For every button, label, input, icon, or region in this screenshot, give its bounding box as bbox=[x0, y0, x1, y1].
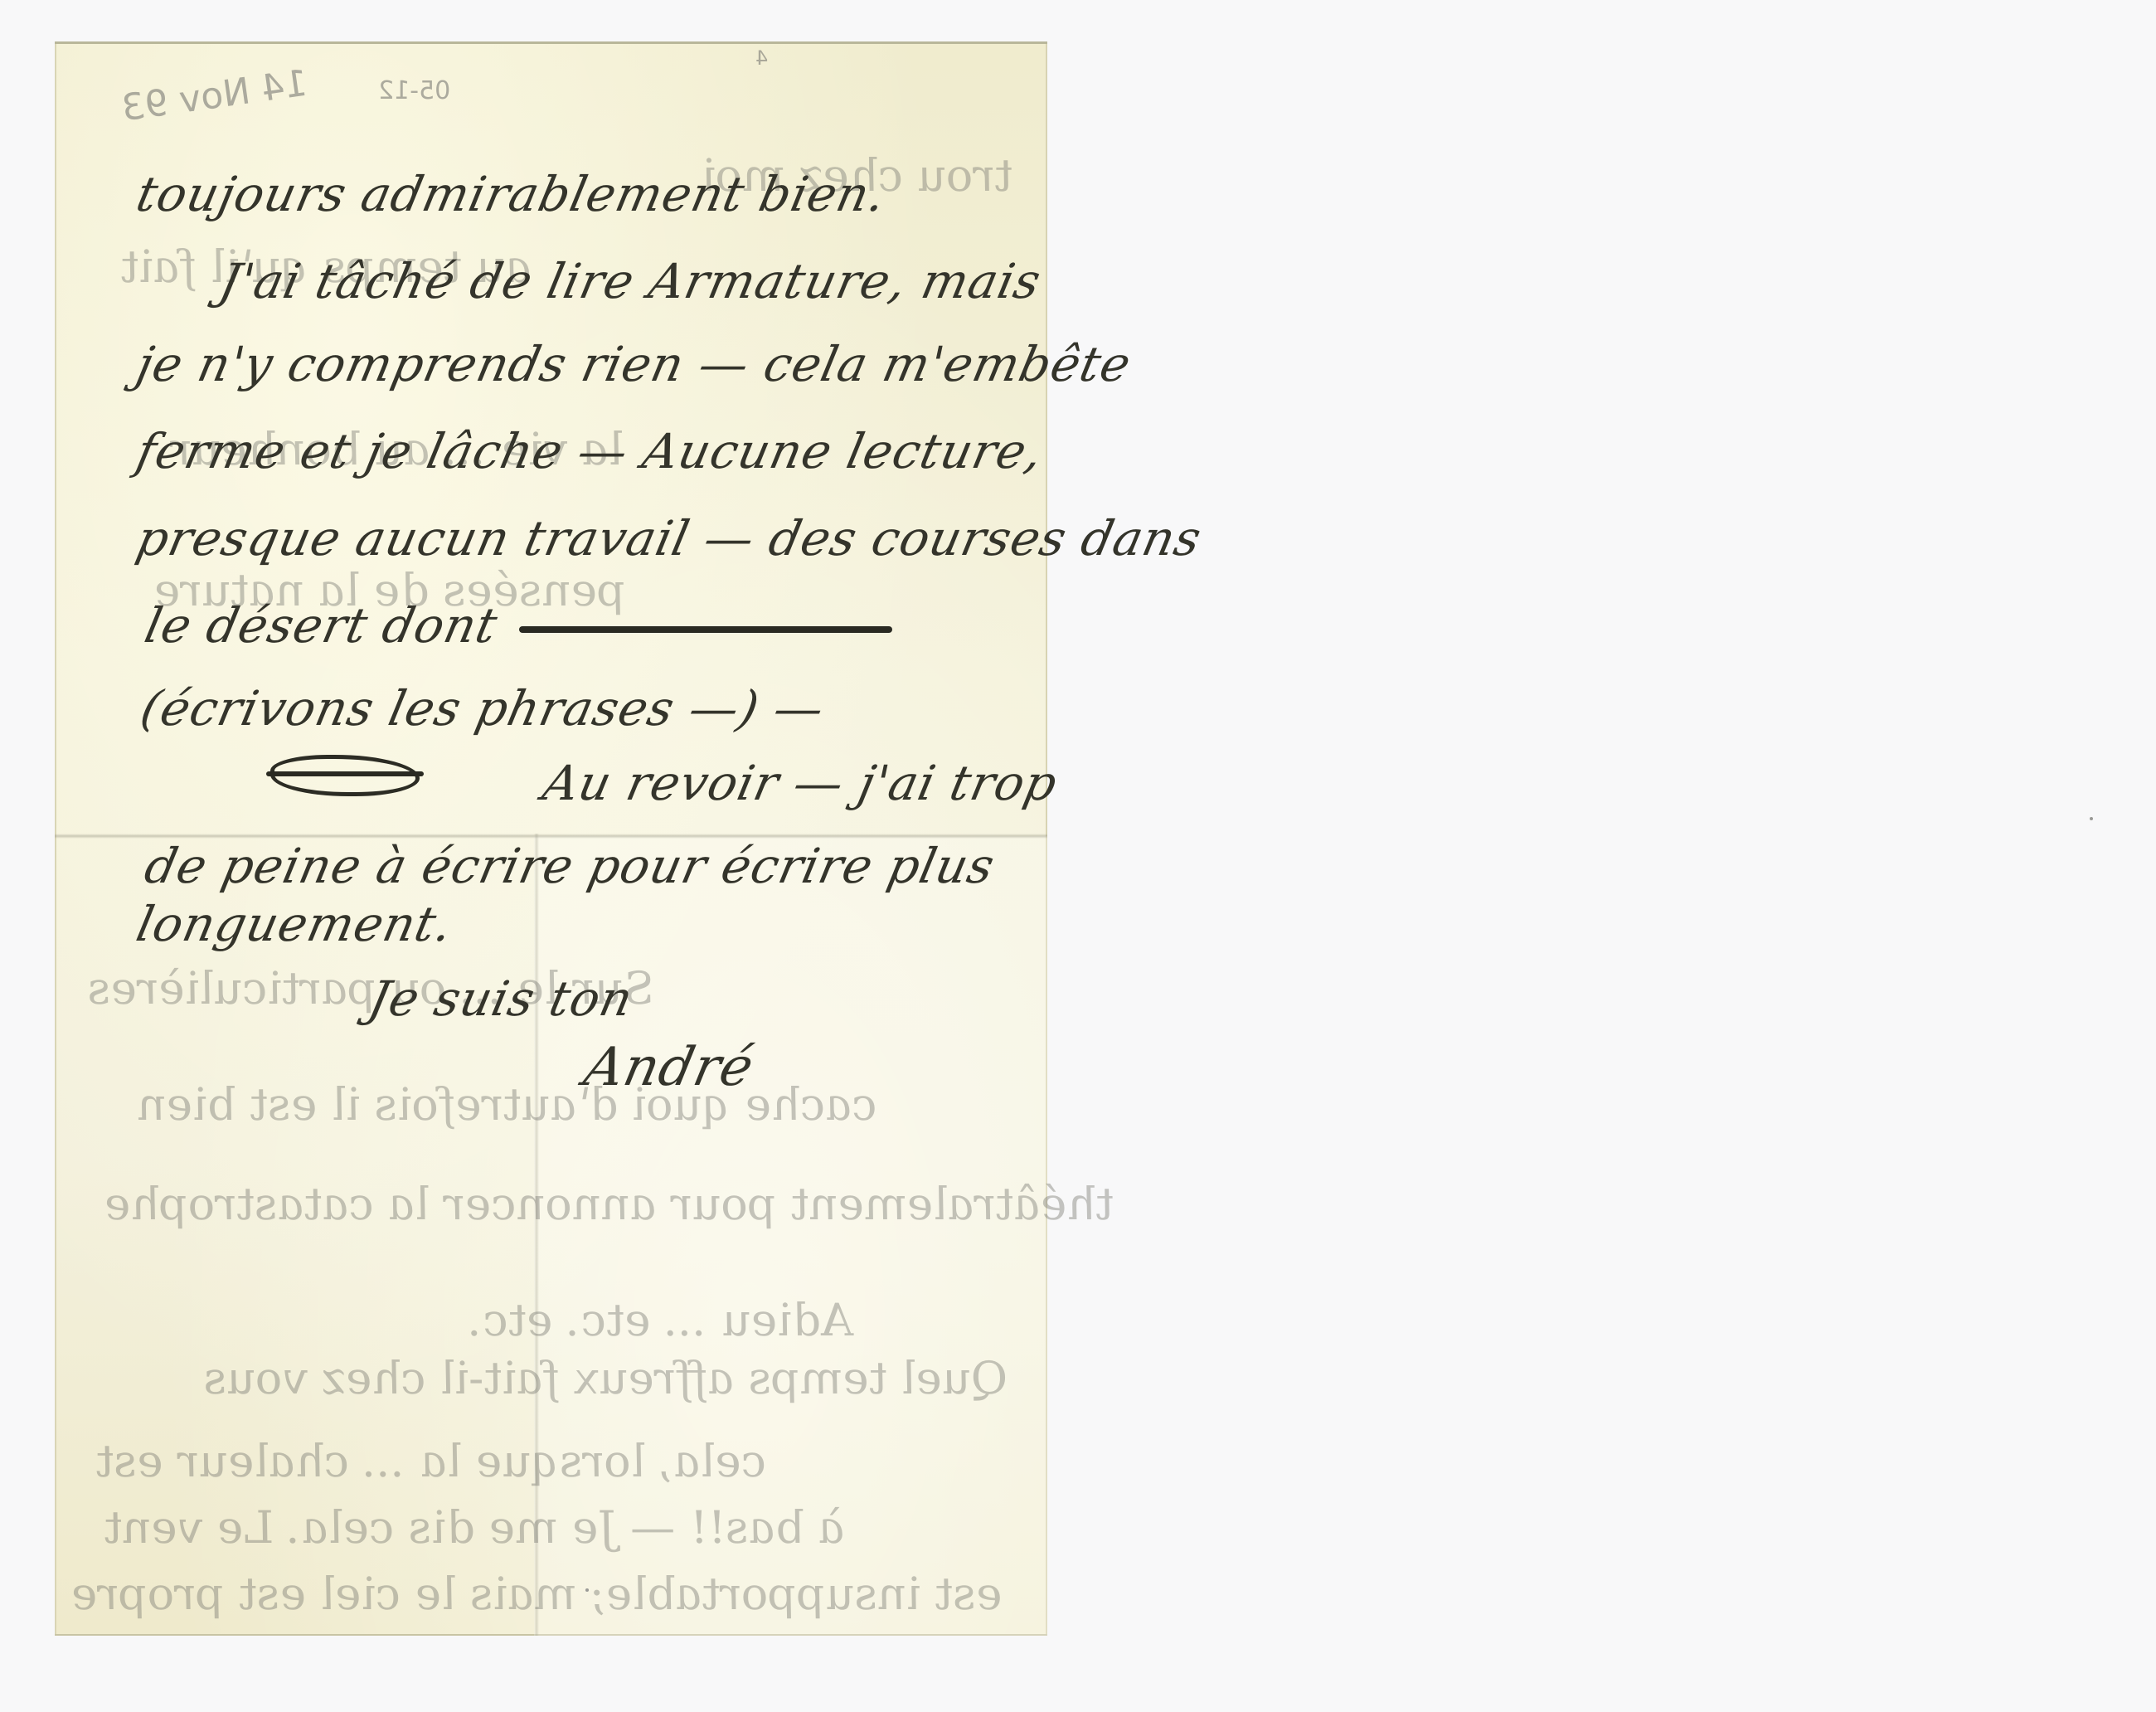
bleed-through-line: cela, lorsque la ... chaleur est bbox=[91, 1435, 771, 1487]
letter-line: de peine à écrire pour écrire plus bbox=[140, 838, 1000, 894]
pencil-date-annotation: 14 Nov 93 bbox=[119, 62, 311, 130]
letter-line: (écrivons les phrases —) — bbox=[136, 680, 830, 737]
closing-line: Je suis ton bbox=[364, 970, 639, 1027]
letter-line: toujours admirablement bien. bbox=[132, 166, 891, 222]
bleed-through-line: est insupportable; mais le ciel est prop… bbox=[66, 1568, 1007, 1620]
letter-line: presque aucun travail — des courses dans bbox=[132, 510, 1207, 567]
bleed-through-line: à bas!! — Je me dis cela. Le vent bbox=[100, 1501, 849, 1554]
paper-speck bbox=[585, 1588, 589, 1592]
page-mark: 4 bbox=[755, 46, 768, 70]
strikethrough-mark bbox=[266, 771, 424, 776]
letter-line: Au revoir — j'ai trop bbox=[538, 755, 1063, 811]
bleed-through-line: Adieu ... etc. etc. bbox=[464, 1294, 857, 1346]
bleed-through-line: cache quoi d'autrefois il est bien bbox=[133, 1078, 881, 1131]
letter-line: longuement. bbox=[132, 896, 459, 952]
letter-line: J'ai tâché de lire Armature, mais bbox=[215, 253, 1046, 309]
letter-page: 14 Nov 93 05-12 4 trou chez moi au temps… bbox=[55, 41, 1047, 1636]
letter-line: le désert dont bbox=[140, 597, 503, 654]
background-speck bbox=[2090, 817, 2093, 820]
letter-line: je n'y comprends rien — cela m'embête bbox=[132, 336, 1137, 392]
bleed-through-line: théâtralement pour annoncer la catastrop… bbox=[100, 1178, 1119, 1230]
bleed-through-line: Quel temps affreux fait-il chez vous bbox=[199, 1352, 1012, 1404]
pencil-reference-annotation: 05-12 bbox=[378, 76, 450, 105]
strikethrough-mark bbox=[519, 626, 892, 633]
signature: André bbox=[579, 1037, 760, 1098]
letter-line: ferme et je lâche — Aucune lecture, bbox=[132, 423, 1048, 479]
